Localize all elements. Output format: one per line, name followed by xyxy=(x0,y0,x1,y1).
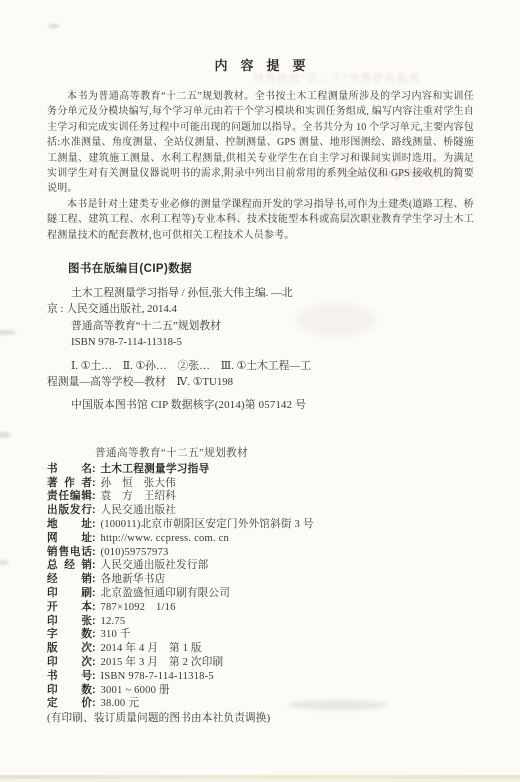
field-label: 经销 xyxy=(47,573,92,587)
field-value: 各地新华书店 xyxy=(101,574,166,585)
field-colon: : xyxy=(92,532,96,544)
cip-class-line-2: 程测量—高等学校—教材 Ⅳ. ①TU198 xyxy=(47,374,392,390)
scan-smudge xyxy=(0,432,11,438)
copyright-page: 普通高等教育“十二五”规划教材 Tumu Gongcheng Celi 土木工程… xyxy=(0,0,520,782)
field-label: 定价 xyxy=(47,697,92,711)
field-colon: : xyxy=(92,642,96,654)
field-value: 人民交通出版社 xyxy=(101,505,177,516)
field-label: 出版发行 xyxy=(47,504,92,518)
series-title: 普通高等教育“十二五”规划教材 xyxy=(95,447,474,461)
field-value: 2014 年 4 月 第 1 版 xyxy=(101,643,202,654)
cip-class-line-1: Ⅰ. ①土… Ⅱ. ①孙… ②张… Ⅲ. ①土木工程—工 xyxy=(71,358,392,374)
field-colon: : xyxy=(92,504,96,516)
field-colon: : xyxy=(92,490,96,502)
content-summary-title: 内 容 提 要 xyxy=(0,55,520,74)
field-label: 责任编辑 xyxy=(47,490,92,504)
field-label: 版次 xyxy=(47,642,92,656)
field-value: (010)59757973 xyxy=(101,547,169,558)
scan-smudge xyxy=(48,24,60,28)
pub-row-book-title: 书名:土木工程测量学习指导 xyxy=(47,463,474,477)
field-value: 310 千 xyxy=(101,629,131,640)
pub-row-print-run: 印数:3001 ~ 6000 册 xyxy=(47,684,474,698)
field-label: 销售电话 xyxy=(47,546,92,560)
field-value: 北京盈盛恒通印刷有限公司 xyxy=(101,588,231,599)
field-colon: : xyxy=(92,477,96,489)
field-label: 印张 xyxy=(47,615,92,629)
pub-row-format: 开本:787×1092 1/16 xyxy=(47,601,474,615)
quality-exchange-note: (有印刷、装订质量问题的图书由本社负责调换) xyxy=(47,712,474,726)
field-value: 孙 恒 张大伟 xyxy=(101,478,177,489)
field-value: ISBN 978-7-114-11318-5 xyxy=(101,671,214,682)
pub-row-address: 地址:(100011)北京市朝阳区安定门外外馆斜街 3 号 xyxy=(47,518,474,532)
field-colon: : xyxy=(92,518,96,530)
field-value: 人民交通出版社发行部 xyxy=(101,560,209,571)
field-label: 印刷 xyxy=(47,587,92,601)
field-colon: : xyxy=(92,670,96,682)
cip-heading: 图书在版编目(CIP)数据 xyxy=(68,260,392,276)
pub-row-sales-phone: 销售电话:(010)59757973 xyxy=(47,546,474,560)
field-colon: : xyxy=(92,601,96,613)
cip-isbn-line: ISBN 978-7-114-11318-5 xyxy=(71,334,392,350)
pub-row-printer: 印刷:北京盈盛恒通印刷有限公司 xyxy=(47,587,474,601)
field-label: 总经销 xyxy=(47,559,92,573)
scan-smudge xyxy=(0,330,16,335)
field-label: 印数 xyxy=(47,684,92,698)
field-value: 2015 年 3 月 第 2 次印刷 xyxy=(101,657,224,668)
field-label: 字数 xyxy=(47,628,92,642)
cip-data-block: 图书在版编目(CIP)数据 土木工程测量学习指导 / 孙恒,张大伟主编. —北 … xyxy=(47,260,392,412)
publication-info-block: 普通高等教育“十二五”规划教材 书名:土木工程测量学习指导 著作者:孙 恒 张大… xyxy=(47,447,474,726)
field-value: 3001 ~ 6000 册 xyxy=(101,685,170,696)
pub-row-isbn: 书号:ISBN 978-7-114-11318-5 xyxy=(47,670,474,684)
field-value: 土木工程测量学习指导 xyxy=(101,463,210,475)
field-colon: : xyxy=(92,559,96,571)
pub-row-sheets: 印张:12.75 xyxy=(47,615,474,629)
field-colon: : xyxy=(92,546,96,558)
pub-row-price: 定价:38.00 元 xyxy=(47,697,474,711)
cip-classification: Ⅰ. ①土… Ⅱ. ①孙… ②张… Ⅲ. ①土木工程—工 程测量—高等学校—教材… xyxy=(47,358,392,391)
field-label: 开本 xyxy=(47,601,92,615)
pub-row-website: 网址:http://www. ccpress. com. cn xyxy=(47,532,474,546)
pub-row-retailer: 经销:各地新华书店 xyxy=(47,573,474,587)
pub-row-publisher: 出版发行:人民交通出版社 xyxy=(47,504,474,518)
field-label: 著作者 xyxy=(47,477,92,491)
field-value: 袁 方 王绍科 xyxy=(101,491,177,502)
content-summary: 本书为普通高等教育“十二五”规划教材。全书按土木工程测量所涉及的学习内容和实训任… xyxy=(47,89,474,243)
field-colon: : xyxy=(92,656,96,668)
scan-smudge xyxy=(0,560,9,565)
field-colon: : xyxy=(92,615,96,627)
field-value: 12.75 xyxy=(101,616,126,627)
pub-row-authors: 著作者:孙 恒 张大伟 xyxy=(47,477,474,491)
summary-paragraph-1: 本书为普通高等教育“十二五”规划教材。全书按土木工程测量所涉及的学习内容和实训任… xyxy=(47,89,474,197)
field-value: 38.00 元 xyxy=(101,698,139,709)
field-label: 地址 xyxy=(47,518,92,532)
field-label: 书号 xyxy=(47,670,92,684)
summary-paragraph-2: 本书是针对土建类专业必修的测量学课程而开发的学习指导书,可作为土建类(道路工程、… xyxy=(47,197,474,243)
field-colon: : xyxy=(92,587,96,599)
cip-series-line: 普通高等教育“十二五”规划教材 xyxy=(71,318,392,334)
field-value: http://www. ccpress. com. cn xyxy=(101,533,229,544)
cip-title-line: 土木工程测量学习指导 / 孙恒,张大伟主编. —北 xyxy=(71,285,392,301)
field-colon: : xyxy=(92,463,96,475)
pub-row-distributor: 总经销:人民交通出版社发行部 xyxy=(47,559,474,573)
pub-row-printing: 印次:2015 年 3 月 第 2 次印刷 xyxy=(47,656,474,670)
field-colon: : xyxy=(92,628,96,640)
field-colon: : xyxy=(92,573,96,585)
field-label: 印次 xyxy=(47,656,92,670)
page-bottom-edge xyxy=(0,775,520,779)
field-value: (100011)北京市朝阳区安定门外外馆斜街 3 号 xyxy=(101,519,314,530)
pub-row-editors: 责任编辑:袁 方 王绍科 xyxy=(47,490,474,504)
field-label: 书名 xyxy=(47,463,92,477)
cip-record-number: 中国版本图书馆 CIP 数据核字(2014)第 057142 号 xyxy=(71,397,392,412)
pub-row-word-count: 字数:310 千 xyxy=(47,628,474,642)
field-label: 网址 xyxy=(47,532,92,546)
field-colon: : xyxy=(92,697,96,709)
field-colon: : xyxy=(92,684,96,696)
cip-publisher-line: 京 : 人民交通出版社, 2014.4 xyxy=(47,301,392,317)
pub-row-edition: 版次:2014 年 4 月 第 1 版 xyxy=(47,642,474,656)
field-value: 787×1092 1/16 xyxy=(101,602,176,613)
